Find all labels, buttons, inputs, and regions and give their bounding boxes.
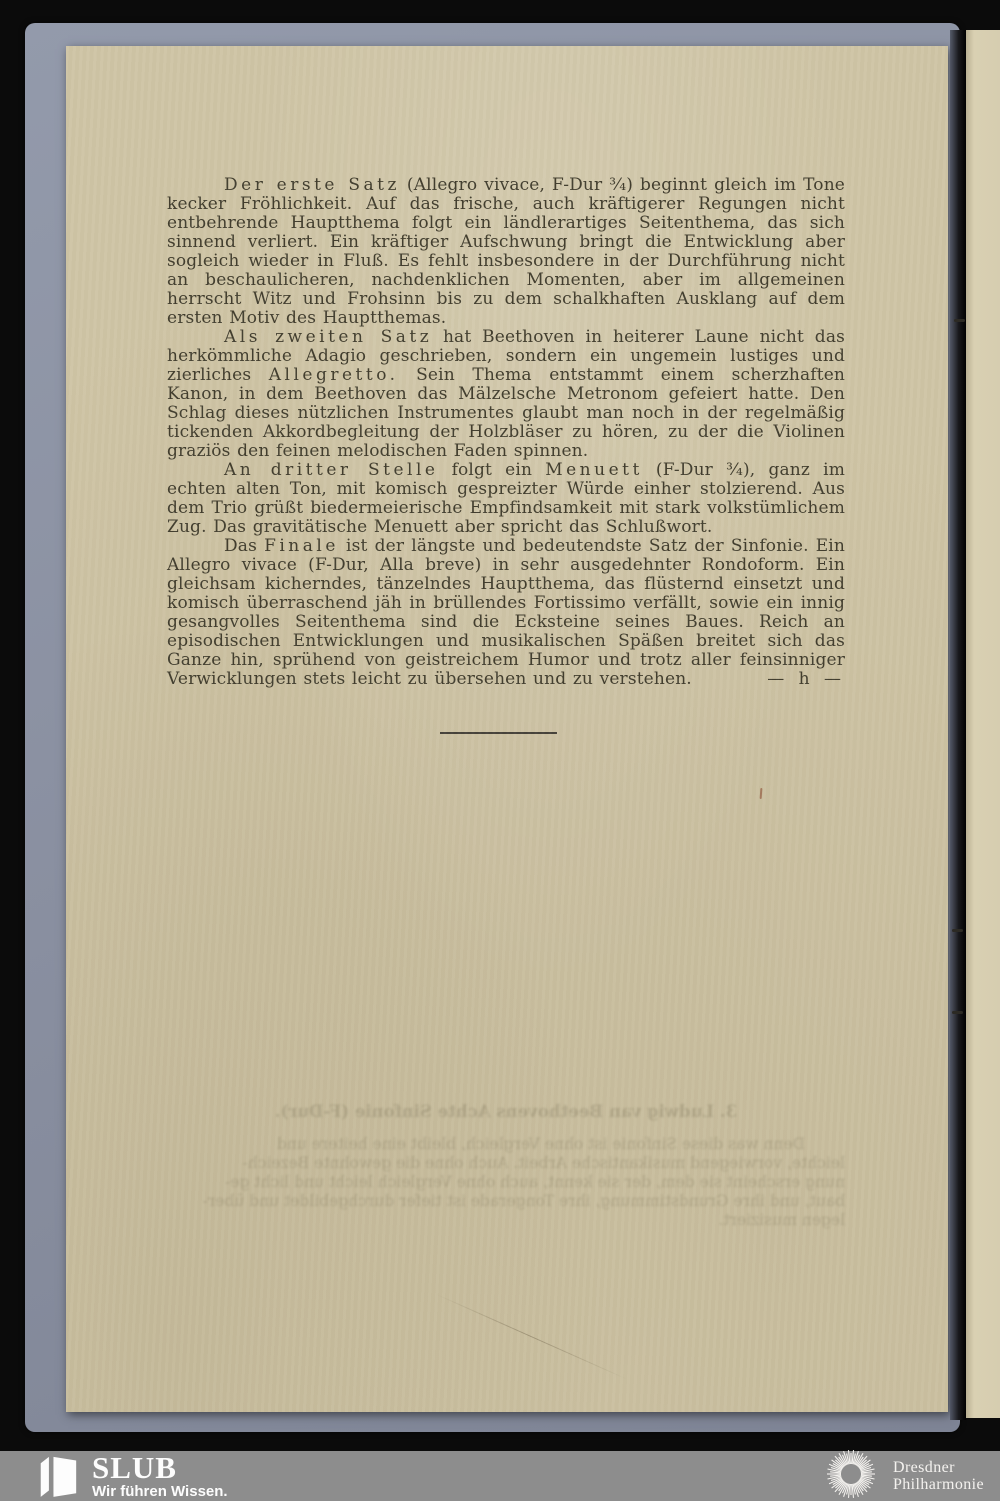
paper-fleck [760, 788, 763, 799]
open-book-icon [38, 1454, 78, 1501]
dp-line1: Dresdner [893, 1459, 984, 1477]
essay-paragraph: An dritter Stelle folgt ein Menuett (F-D… [167, 461, 845, 537]
binding-gap [950, 30, 966, 1420]
essay-paragraph: Das Finale ist der längste und bedeutend… [167, 537, 845, 689]
essay-paragraph: Als zweiten Satz hat Beethoven in heiter… [167, 328, 845, 461]
stitch-mark [952, 929, 963, 932]
section-divider-rule [440, 732, 557, 734]
viewer-footer: SLUB Wir führen Wissen. Dresdner Philhar… [0, 1451, 1000, 1501]
stitch-mark [954, 319, 965, 322]
adjacent-page-edge [966, 30, 1000, 1418]
reverse-side-showthrough: 3. Ludwig van Beethovens Achte Sinfonie … [167, 1102, 845, 1230]
scanned-page: Der erste Satz (Allegro vivace, F-Dur ³⁄… [66, 46, 948, 1412]
sunburst-icon [825, 1448, 877, 1501]
slub-tagline: Wir führen Wissen. [92, 1483, 228, 1500]
author-signature: — h — [767, 670, 845, 689]
essay-text: Der erste Satz (Allegro vivace, F-Dur ³⁄… [167, 176, 845, 689]
dresdner-philharmonie-logo: Dresdner Philharmonie [825, 1451, 984, 1501]
stitch-mark [952, 1011, 963, 1014]
essay-paragraph: Der erste Satz (Allegro vivace, F-Dur ³⁄… [167, 176, 845, 328]
scan-viewer: Der erste Satz (Allegro vivace, F-Dur ³⁄… [0, 0, 1000, 1501]
slub-wordmark: SLUB [92, 1454, 228, 1482]
dresdner-philharmonie-wordmark: Dresdner Philharmonie [893, 1459, 984, 1494]
slub-logo: SLUB Wir führen Wissen. [38, 1454, 228, 1501]
paper-scratch [435, 1293, 627, 1379]
dp-line2: Philharmonie [893, 1476, 984, 1494]
